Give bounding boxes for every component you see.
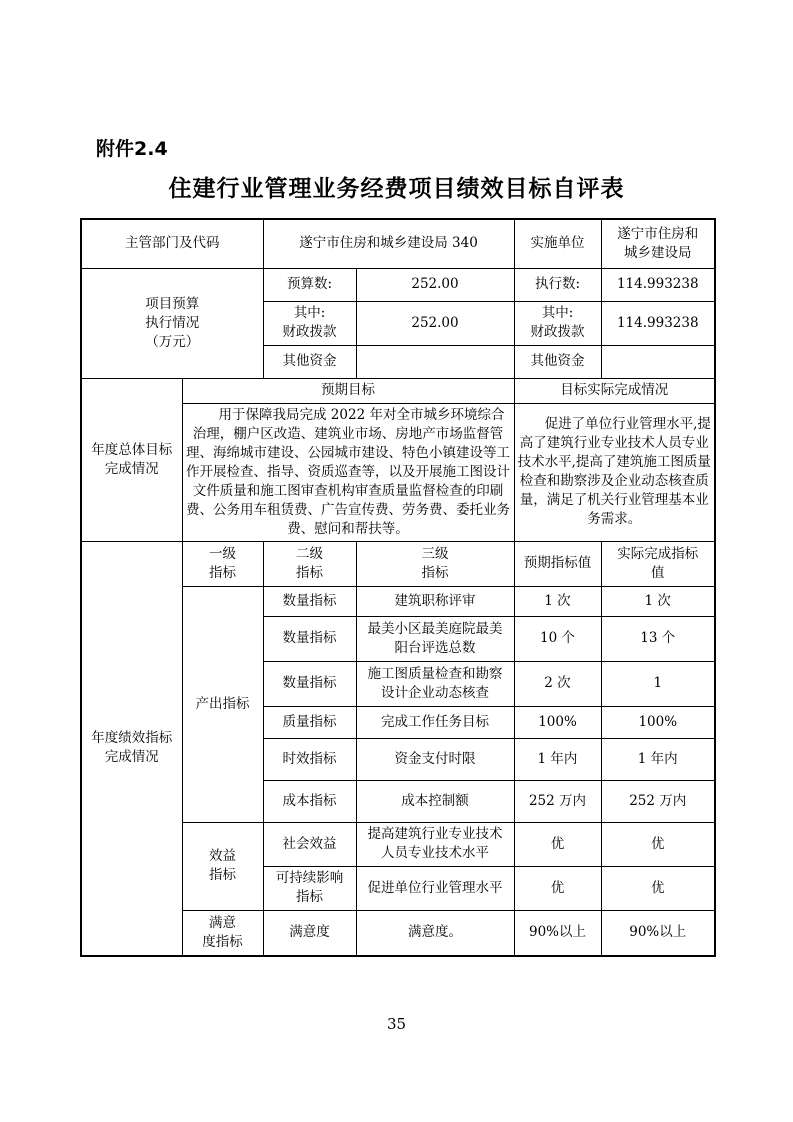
- actual-value-header: 实际完成指标 值: [601, 541, 715, 586]
- dept-code-label: 主管部门及代码: [81, 219, 263, 268]
- benefit-indicator-group-label: 效益 指标: [182, 822, 263, 910]
- indicator-expected: 1 次: [514, 586, 601, 616]
- expected-goal-header: 预期目标: [182, 378, 514, 403]
- indicator-level2: 数量指标: [263, 616, 356, 661]
- indicator-level2: 质量指标: [263, 706, 356, 738]
- level3-header: 三级 指标: [356, 541, 514, 586]
- indicator-actual: 100%: [601, 706, 715, 738]
- table-row: 项目预算 执行情况 （万元） 预算数: 252.00 执行数: 114.9932…: [81, 268, 715, 301]
- dept-code-value: 遂宁市住房和城乡建设局 340: [263, 219, 514, 268]
- indicator-actual: 1 年内: [601, 738, 715, 780]
- indicator-actual: 优: [601, 866, 715, 910]
- indicator-level3: 完成工作任务目标: [356, 706, 514, 738]
- page-number: 35: [0, 1015, 793, 1033]
- attachment-label: 附件2.4: [0, 0, 793, 160]
- expected-value-header: 预期指标值: [514, 541, 601, 586]
- indicator-level2: 数量指标: [263, 586, 356, 616]
- indicator-level3: 资金支付时限: [356, 738, 514, 780]
- indicator-level2: 数量指标: [263, 661, 356, 706]
- actual-goal-text: 促进了单位行业管理水平,提高了建筑行业专业技术人员专业技术水平,提高了建筑施工图…: [514, 403, 715, 541]
- indicator-section-label: 年度绩效指标 完成情况: [81, 541, 182, 956]
- actual-goal-header: 目标实际完成情况: [514, 378, 715, 403]
- indicator-level3: 提高建筑行业专业技术 人员专业技术水平: [356, 822, 514, 866]
- indicator-expected: 252 万内: [514, 780, 601, 822]
- page-title: 住建行业管理业务经费项目绩效目标自评表: [0, 175, 793, 203]
- indicator-expected: 优: [514, 822, 601, 866]
- other-funds-label: 其他资金: [263, 345, 356, 378]
- table-row: 年度绩效指标 完成情况 一级 指标 二级 指标 三级 指标 预期指标值 实际完成…: [81, 541, 715, 586]
- indicator-expected: 1 年内: [514, 738, 601, 780]
- indicator-level3: 促进单位行业管理水平: [356, 866, 514, 910]
- output-indicator-group-label: 产出指标: [182, 586, 263, 822]
- impl-unit-label: 实施单位: [514, 219, 601, 268]
- other-funds-exec-label: 其他资金: [514, 345, 601, 378]
- executed-amount-label: 执行数:: [514, 268, 601, 301]
- indicator-level3: 施工图质量检查和勘察 设计企业动态核查: [356, 661, 514, 706]
- satisfaction-indicator-group-label: 满意 度指标: [182, 910, 263, 956]
- indicator-actual: 1 次: [601, 586, 715, 616]
- indicator-level3: 满意度。: [356, 910, 514, 956]
- indicator-expected: 100%: [514, 706, 601, 738]
- budget-section-label: 项目预算 执行情况 （万元）: [81, 268, 263, 378]
- executed-amount-value: 114.993238: [601, 268, 715, 301]
- indicator-level2: 成本指标: [263, 780, 356, 822]
- annual-goal-section-label: 年度总体目标 完成情况: [81, 378, 182, 541]
- fiscal-allocation-exec-label: 其中: 财政拨款: [514, 301, 601, 345]
- indicator-level3: 建筑职称评审: [356, 586, 514, 616]
- indicator-expected: 优: [514, 866, 601, 910]
- indicator-expected: 10 个: [514, 616, 601, 661]
- other-funds-exec-value: [601, 345, 715, 378]
- fiscal-allocation-value: 252.00: [356, 301, 514, 345]
- indicator-level2: 可持续影响 指标: [263, 866, 356, 910]
- indicator-actual: 252 万内: [601, 780, 715, 822]
- indicator-actual: 13 个: [601, 616, 715, 661]
- other-funds-value: [356, 345, 514, 378]
- indicator-level3: 最美小区最美庭院最美 阳台评选总数: [356, 616, 514, 661]
- indicator-expected: 2 次: [514, 661, 601, 706]
- expected-goal-text: 用于保障我局完成 2022 年对全市城乡环境综合治理，棚户区改造、建筑业市场、房…: [182, 403, 514, 541]
- indicator-level2: 时效指标: [263, 738, 356, 780]
- table-row: 主管部门及代码 遂宁市住房和城乡建设局 340 实施单位 遂宁市住房和 城乡建设…: [81, 219, 715, 268]
- fiscal-allocation-exec-value: 114.993238: [601, 301, 715, 345]
- table-row: 年度总体目标 完成情况 预期目标 目标实际完成情况: [81, 378, 715, 403]
- fiscal-allocation-label: 其中: 财政拨款: [263, 301, 356, 345]
- indicator-actual: 优: [601, 822, 715, 866]
- level1-header: 一级 指标: [182, 541, 263, 586]
- indicator-actual: 90%以上: [601, 910, 715, 956]
- document-page: 附件2.4 住建行业管理业务经费项目绩效目标自评表 主管部门及代码 遂宁市住房和…: [0, 0, 793, 1122]
- impl-unit-value: 遂宁市住房和 城乡建设局: [601, 219, 715, 268]
- budget-amount-label: 预算数:: [263, 268, 356, 301]
- performance-eval-table: 主管部门及代码 遂宁市住房和城乡建设局 340 实施单位 遂宁市住房和 城乡建设…: [80, 218, 716, 957]
- indicator-actual: 1: [601, 661, 715, 706]
- budget-amount-value: 252.00: [356, 268, 514, 301]
- indicator-expected: 90%以上: [514, 910, 601, 956]
- indicator-level3: 成本控制额: [356, 780, 514, 822]
- level2-header: 二级 指标: [263, 541, 356, 586]
- indicator-level2: 满意度: [263, 910, 356, 956]
- indicator-level2: 社会效益: [263, 822, 356, 866]
